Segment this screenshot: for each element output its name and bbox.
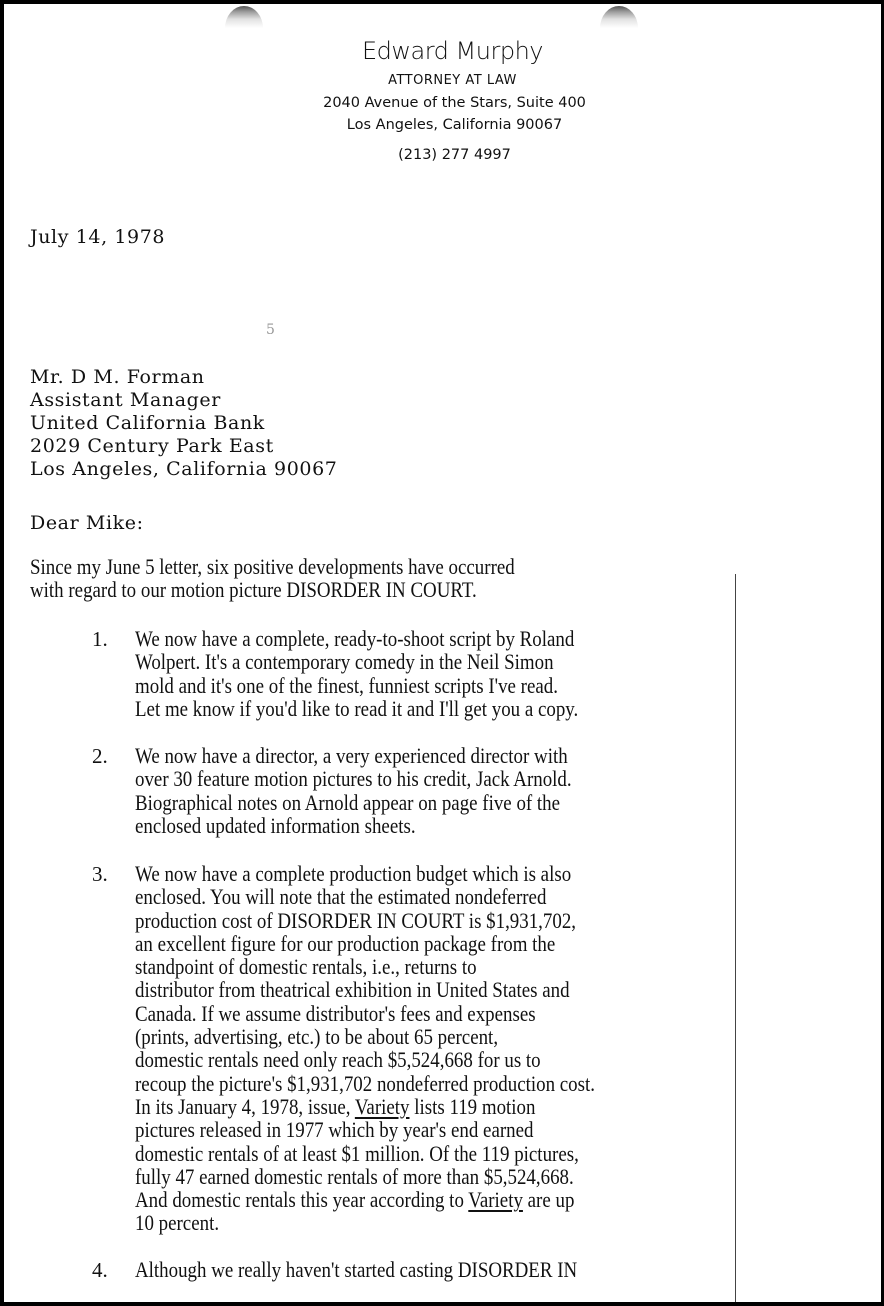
text-line: Let me know if you'd like to read it and… [135,697,578,720]
text-line: Wolpert. It's a contemporary comedy in t… [135,650,578,673]
text-line: distributor from theatrical exhibition i… [135,978,595,1001]
text-line: mold and it's one of the finest, funnies… [135,674,578,697]
list-number: 4. [92,1258,108,1283]
sender-address-line2: Los Angeles, California 90067 [16,114,884,136]
text-line: domestic rentals of at least $1 million.… [135,1142,595,1165]
sender-address-line1: 2040 Avenue of the Stars, Suite 400 [16,92,884,114]
text-line: an excellent figure for our production p… [135,932,595,955]
fold-line [735,574,736,1306]
recipient-title: Assistant Manager [30,389,337,412]
pencil-mark: 5 [266,322,275,338]
list-number: 2. [92,744,108,769]
salutation: Dear Mike: [30,512,144,534]
recipient-name: Mr. D M. Forman [30,366,337,389]
punch-hole-mark [225,6,263,28]
recipient-city: Los Angeles, California 90067 [30,458,337,481]
letter-page: Edward Murphy ATTORNEY AT LAW 2040 Avenu… [0,0,884,1306]
text-line: enclosed updated information sheets. [135,814,572,837]
text-line: We now have a director, a very experienc… [135,744,572,767]
text-line: (prints, advertising, etc.) to be about … [135,1025,595,1048]
text-line: domestic rentals need only reach $5,524,… [135,1048,595,1071]
text-line: 10 percent. [135,1211,595,1234]
text-line: Biographical notes on Arnold appear on p… [135,791,572,814]
text-line: pictures released in 1977 which by year'… [135,1118,595,1141]
text-line: In its January 4, 1978, issue, Variety l… [135,1095,595,1118]
intro-line: with regard to our motion picture DISORD… [30,578,515,601]
letter-date: July 14, 1978 [30,226,165,248]
list-body: Although we really haven't started casti… [135,1258,577,1281]
text-line: We now have a complete production budget… [135,862,595,885]
underlined-publication-name: Variety [355,1094,410,1119]
list-number: 3. [92,862,108,887]
list-body: We now have a complete production budget… [135,862,595,1235]
underlined-publication-name: Variety [468,1187,523,1212]
recipient-company: United California Bank [30,412,337,435]
intro-line: Since my June 5 letter, six positive dev… [30,555,515,578]
recipient-street: 2029 Century Park East [30,435,337,458]
list-body: We now have a director, a very experienc… [135,744,572,837]
list-number: 1. [92,627,108,652]
text-line: Canada. If we assume distributor's fees … [135,1002,595,1025]
text-line: enclosed. You will note that the estimat… [135,885,595,908]
text-line: standpoint of domestic rentals, i.e., re… [135,955,595,978]
text-line: And domestic rentals this year according… [135,1188,595,1211]
text-line: Although we really haven't started casti… [135,1258,577,1281]
sender-name: Edward Murphy [14,34,884,68]
text-line: recoup the picture's $1,931,702 nondefer… [135,1072,595,1095]
sender-phone: (213) 277 4997 [16,144,884,166]
text-line: fully 47 earned domestic rentals of more… [135,1165,595,1188]
sender-title: ATTORNEY AT LAW [14,70,884,92]
text-line: production cost of DISORDER IN COURT is … [135,909,595,932]
intro-paragraph: Since my June 5 letter, six positive dev… [30,555,515,601]
text-line: over 30 feature motion pictures to his c… [135,767,572,790]
list-body: We now have a complete, ready-to-shoot s… [135,627,578,720]
text-line: We now have a complete, ready-to-shoot s… [135,627,578,650]
recipient-address: Mr. D M. Forman Assistant Manager United… [30,366,337,481]
punch-hole-mark [600,6,638,28]
letterhead: Edward Murphy ATTORNEY AT LAW 2040 Avenu… [4,34,881,166]
